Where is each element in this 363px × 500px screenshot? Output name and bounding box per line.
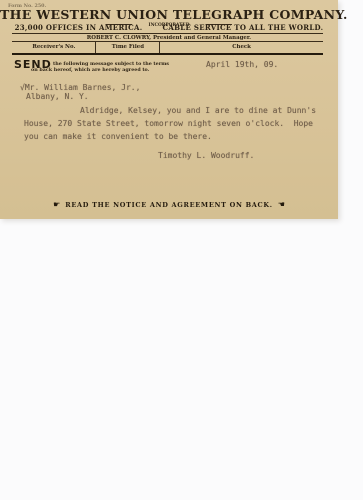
check-header: Check [232, 44, 251, 50]
message-body-line-3: you can make it convenient to be there. [24, 132, 212, 141]
pointing-hand-right-icon: ☛ [53, 201, 60, 209]
manager-line-text: ROBERT C. CLOWRY, President and General … [87, 35, 251, 41]
time-filed-header: Time Filed [111, 44, 143, 50]
thick-divider [12, 53, 323, 56]
addressee-city: Albany, N. Y. [26, 92, 89, 101]
receivers-no-cell: Receiver's No. [12, 42, 96, 53]
offices-count-label: 23,000 OFFICES IN AMERICA. [15, 23, 143, 32]
check-cell: Check [160, 42, 323, 53]
routing-table: Receiver's No. Time Filed Check [12, 42, 323, 53]
message-body-line-2: House, 270 State Street, tomorrow night … [24, 119, 313, 128]
addressee-name: √Mr. William Barnes, Jr., [20, 83, 140, 92]
offices-row: 23,000 OFFICES IN AMERICA. CABLE SERVICE… [0, 23, 338, 32]
message-body-line-1: Aldridge, Kelsey, you and I are to dine … [80, 106, 316, 115]
receivers-no-header: Receiver's No. [32, 44, 75, 50]
terms-line-2: on back hereof, which are hereby agreed … [31, 66, 149, 72]
time-filed-cell: Time Filed [96, 42, 160, 53]
cable-service-label: CABLE SERVICE TO ALL THE WORLD. [162, 23, 323, 32]
pointing-hand-left-icon: ☚ [278, 201, 285, 209]
footer-notice-text: READ THE NOTICE AND AGREEMENT ON BACK. [65, 201, 272, 209]
message-date: April 19th, 09. [206, 60, 278, 69]
telegram-form: Form No. 250. THE WESTERN UNION TELEGRAP… [0, 0, 338, 219]
signature: Timothy L. Woodruff. [158, 151, 254, 160]
footer-notice: ☛ READ THE NOTICE AND AGREEMENT ON BACK.… [0, 201, 338, 209]
